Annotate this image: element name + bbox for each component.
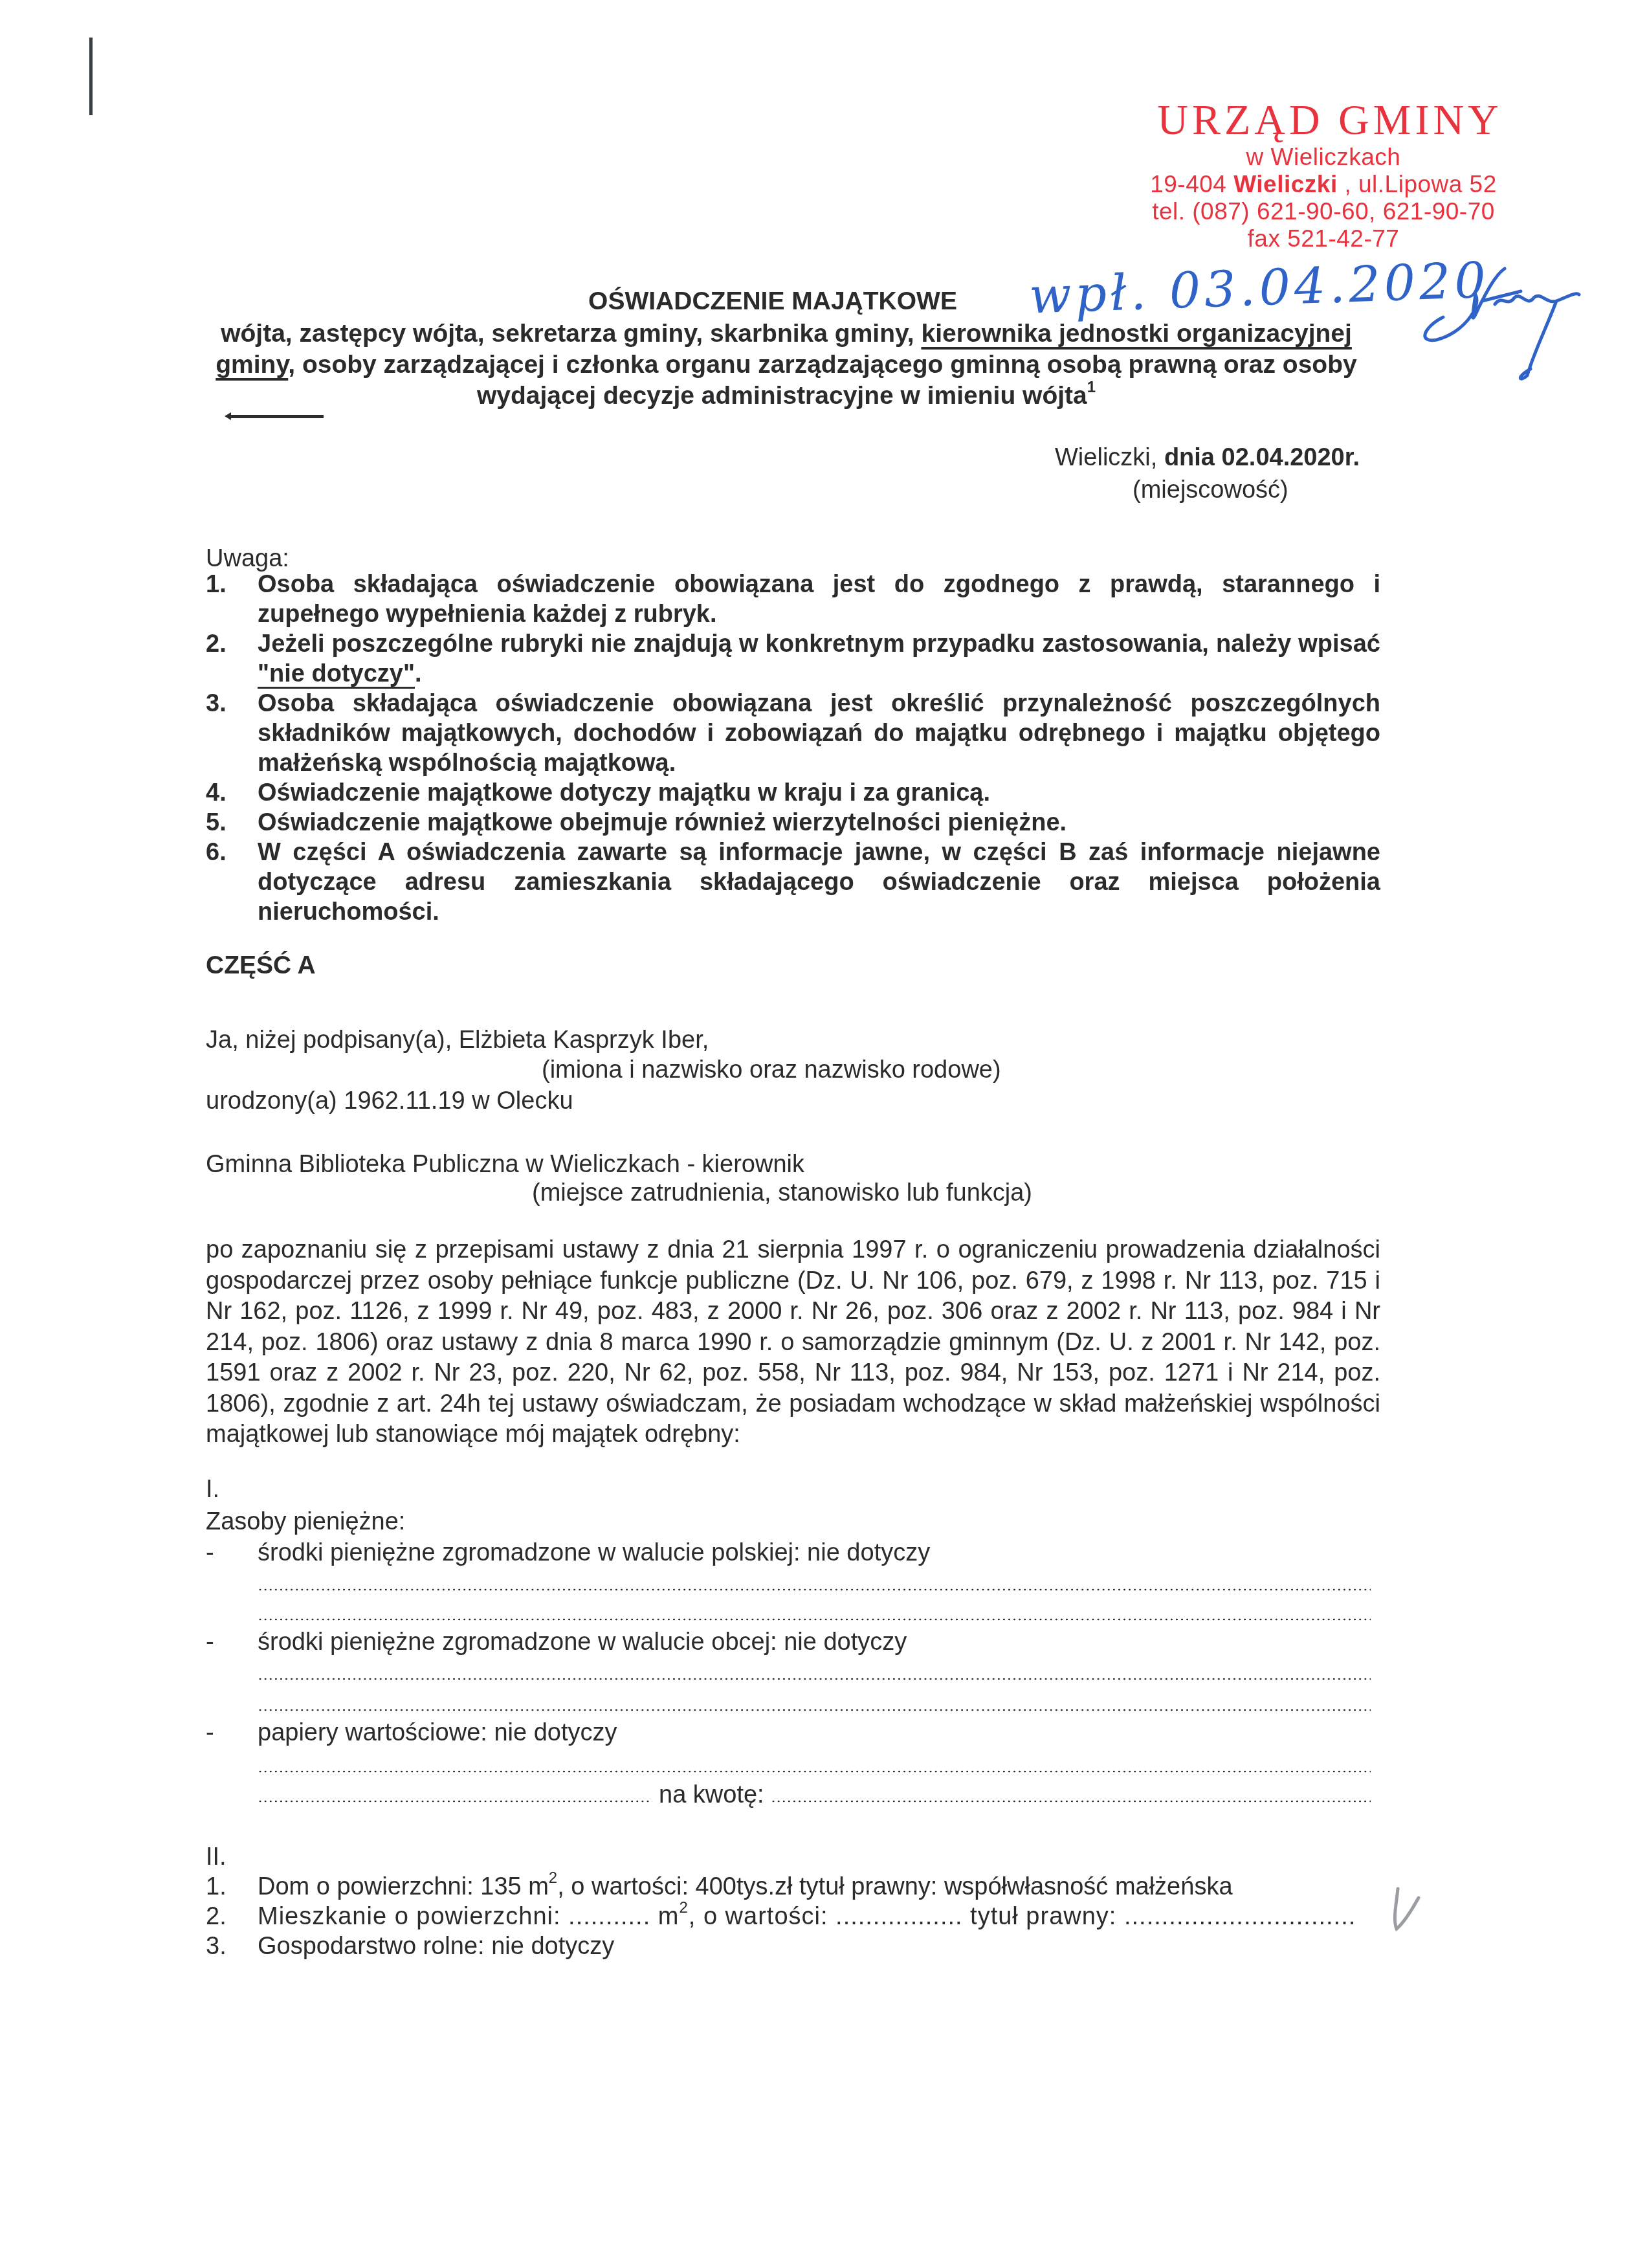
property-item: 3.Gospodarstwo rolne: nie dotyczy	[206, 1933, 614, 1961]
legal-paragraph: po zapoznaniu się z przepisami ustawy z …	[206, 1235, 1380, 1451]
employment: Gminna Biblioteka Publiczna w Wieliczkac…	[206, 1151, 804, 1179]
office-stamp: URZĄD GMINY w Wieliczkach 19-404 Wielicz…	[1100, 97, 1521, 252]
section-2-label: II.	[206, 1843, 227, 1871]
stamp-line-2: 19-404 Wieliczki , ul.Lipowa 52	[1126, 171, 1521, 198]
section-1-label: I.	[206, 1476, 219, 1504]
signature-icon	[1417, 256, 1586, 385]
scan-edge-mark	[89, 38, 93, 115]
document-subtitle: wójta, zastępcy wójta, sekretarza gminy,…	[175, 318, 1398, 412]
note-item: 6.W części A oświadczenia zawarte są inf…	[206, 838, 1380, 927]
securities-item: -papiery wartościowe: nie dotyczy	[206, 1719, 617, 1747]
fill-line	[258, 1709, 1371, 1711]
document-title: OŚWIADCZENIE MAJĄTKOWE	[0, 287, 1636, 316]
employment-caption: (miejsce zatrudnienia, stanowisko lub fu…	[532, 1179, 1032, 1207]
handwritten-underline-arrow	[230, 415, 324, 418]
amount-line: na kwotę:	[258, 1781, 1371, 1809]
stamp-line-4: fax 521-42-77	[1126, 225, 1521, 252]
declarant-name: Ja, niżej podpisany(a), Elżbieta Kasprzy…	[206, 1027, 709, 1054]
stamp-line-3: tel. (087) 621-90-60, 621-90-70	[1126, 198, 1521, 225]
notes-list: 1.Osoba składająca oświadczenie obowiąza…	[206, 570, 1380, 927]
section-1-heading: Zasoby pieniężne:	[206, 1508, 405, 1536]
note-item: 4.Oświadczenie majątkowe dotyczy majątku…	[206, 778, 1380, 808]
place-caption: (miejscowość)	[1133, 476, 1288, 504]
check-mark-icon	[1385, 1884, 1424, 1935]
declarant-caption: (imiona i nazwisko oraz nazwisko rodowe)	[542, 1056, 1001, 1084]
amount-label: na kwotę:	[652, 1781, 771, 1809]
property-item: 2.Mieszkanie o powierzchni: ........... …	[206, 1903, 1356, 1931]
stamp-line-1: w Wieliczkach	[1126, 144, 1521, 171]
place-date: Wieliczki, dnia 02.04.2020r.	[1055, 444, 1360, 472]
note-item: 2.Jeżeli poszczególne rubryki nie znajdu…	[206, 629, 1380, 689]
note-item: 1.Osoba składająca oświadczenie obowiąza…	[206, 570, 1380, 629]
note-item: 3.Osoba składająca oświadczenie obowiąza…	[206, 689, 1380, 778]
note-item: 5.Oświadczenie majątkowe obejmuje równie…	[206, 808, 1380, 838]
cash-foreign-item: -środki pieniężne zgromadzone w walucie …	[206, 1629, 907, 1656]
property-item: 1.Dom o powierzchni: 135 m2, o wartości:…	[206, 1873, 1233, 1901]
part-a-heading: CZĘŚĆ A	[206, 951, 316, 980]
fill-line	[258, 1588, 1371, 1591]
fill-line	[258, 1770, 1371, 1773]
fill-line	[258, 1618, 1371, 1621]
stamp-title: URZĄD GMINY	[1139, 97, 1521, 144]
birth-info: urodzony(a) 1962.11.19 w Olecku	[206, 1087, 573, 1115]
declaration-page: URZĄD GMINY w Wieliczkach 19-404 Wielicz…	[0, 0, 1636, 2268]
fill-line	[258, 1678, 1371, 1680]
notes-heading: Uwaga:	[206, 545, 289, 573]
cash-pln-item: -środki pieniężne zgromadzone w walucie …	[206, 1539, 930, 1567]
